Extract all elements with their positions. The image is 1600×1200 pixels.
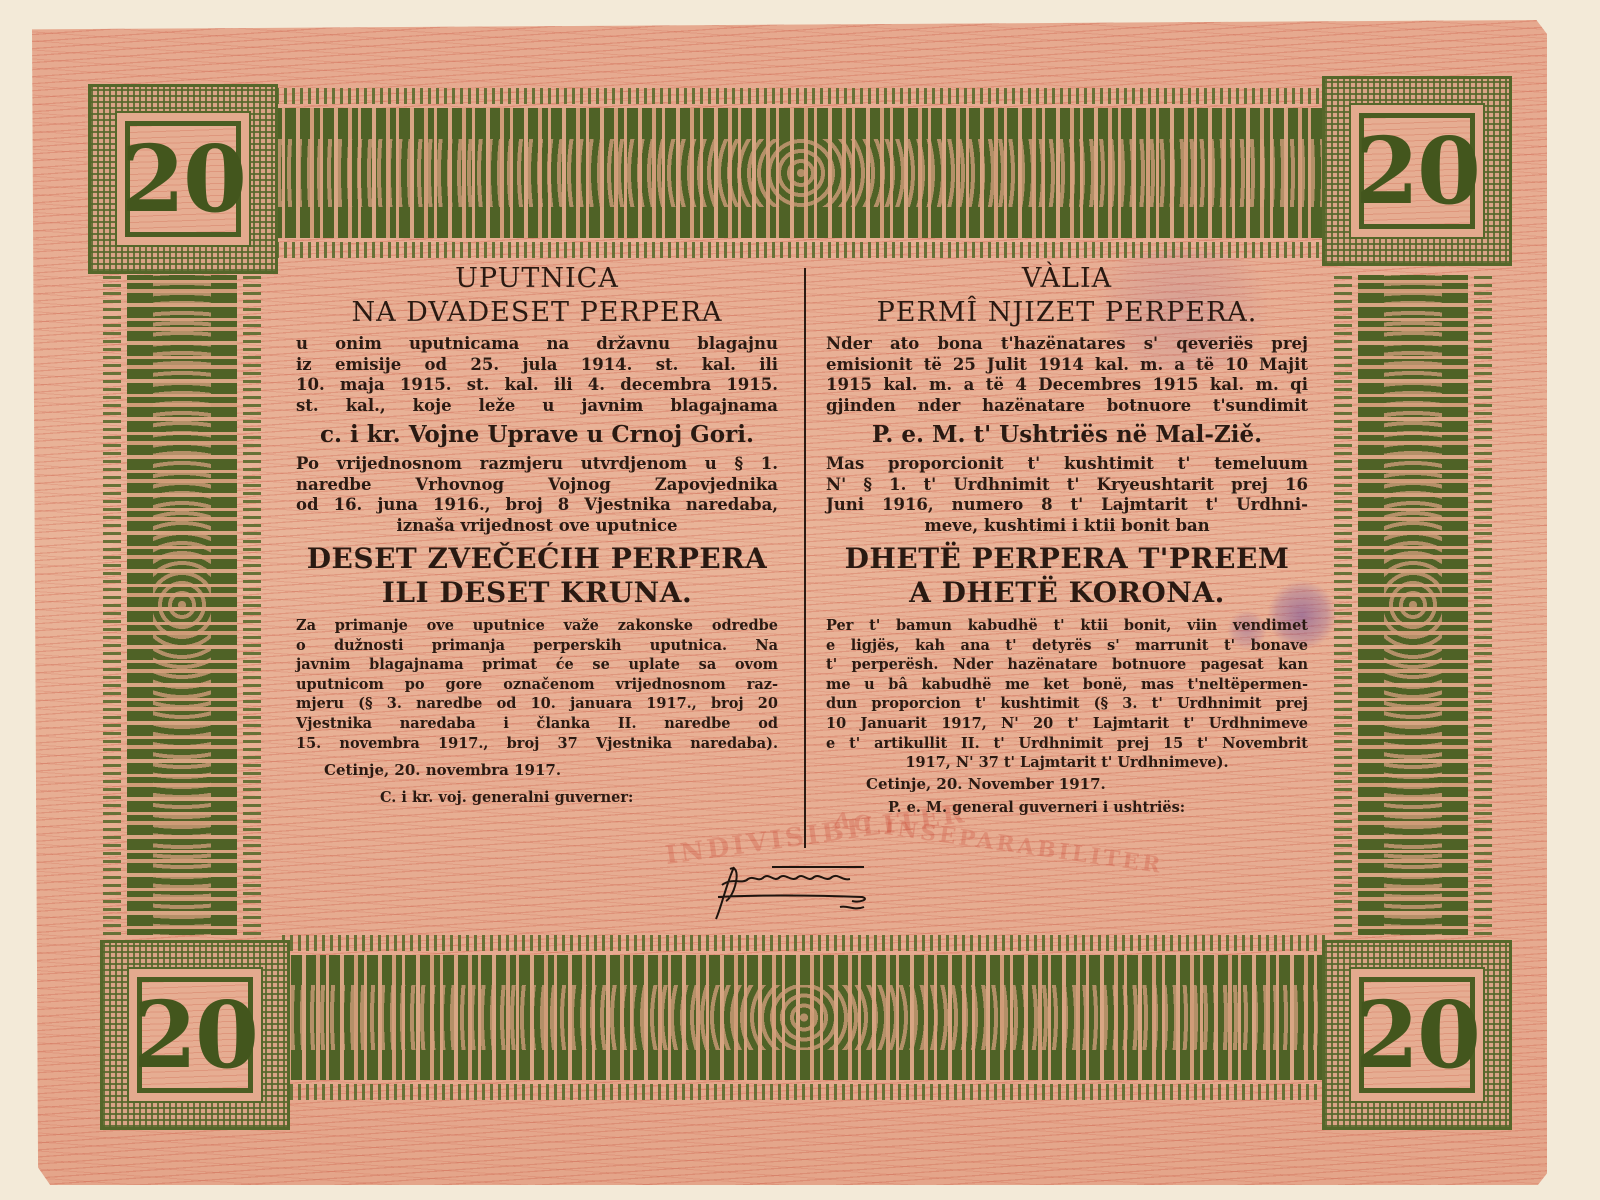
left-para3-line: 15. novembra 1917., broj 37 Vjestnika na… [296,734,778,754]
right-title-line2: PERMÎ NJIZET PERPERA. [826,296,1308,330]
right-para3-line: Per t' bamun kabudhë t' ktii bonit, viin… [826,616,1308,636]
denomination-numeral: 20 [1355,125,1479,217]
right-para3-line: dun proporcion t' kushtimit (§ 3. t' Urd… [826,694,1308,714]
left-para2-line: od 16. juna 1916., broj 8 Vjestnika nare… [296,495,778,516]
right-para2-line: Mas proporcionit t' kushtimit t' temeluu… [826,454,1308,475]
left-ornament-band [127,275,237,935]
right-para3-line: 1917, N' 37 t' Lajmtarit t' Urdhnimeve). [826,753,1308,773]
left-place-date: Cetinje, 20. novembra 1917. [296,761,778,779]
column-divider [804,268,806,848]
underprint-right: AC INSEPARABILITER [832,807,1165,879]
denomination-numeral: 20 [133,989,257,1081]
serbian-text-column: UPUTNICA NA DVADESET PERPERA u onim uput… [296,262,778,806]
top-ornament-band [276,108,1326,238]
left-signatory-title: C. i kr. voj. generalni guverner: [296,789,778,806]
left-para3-line: o dužnosti primanja perperskih uputnica.… [296,636,778,656]
right-para3-line: e ligjës, kah ana t' detyrës s' marrunit… [826,636,1308,656]
denomination-numeral: 20 [1355,989,1479,1081]
right-para3-line: t' perperësh. Nder hazënatare botnuore p… [826,655,1308,675]
left-para2-line: Po vrijednosnom razmjeru utvrdjenom u § … [296,454,778,475]
right-para3-line: 10 Januarit 1917, N' 20 t' Lajmtarit t' … [826,714,1308,734]
governor-signature [712,855,872,925]
right-place-date: Cetinje, 20. November 1917. [826,775,1308,793]
corner-top-left: 20 [88,84,278,274]
corner-bottom-right: 20 [1322,940,1512,1130]
right-para2-line: meve, kushtimi i ktii bonit ban [826,516,1308,537]
left-title-line2: NA DVADESET PERPERA [296,296,778,330]
right-para1-line: Nder ato bona t'hazënatares s' qeveriës … [826,334,1308,355]
right-para3-line: me u bâ kabudhë me ket bonë, mas t'neltë… [826,675,1308,695]
right-title-line1: VÀLIA [826,262,1308,296]
left-value-line2: ILI DESET KRUNA. [296,576,778,610]
corner-bottom-left: 20 [100,940,290,1130]
right-ornament-band [1358,275,1468,935]
left-para3-line: uputnicom po gore označenom vrijednosnom… [296,675,778,695]
left-para2-line: naredbe Vrhovnog Vojnog Zapovjednika [296,475,778,496]
left-authority: c. i kr. Vojne Uprave u Crnoj Gori. [296,420,778,450]
left-para1-line: iz emisije od 25. jula 1914. st. kal. il… [296,355,778,376]
denomination-numeral: 20 [121,133,245,225]
left-title-line1: UPUTNICA [296,262,778,296]
left-value-line1: DESET ZVEČEĆIH PERPERA [296,542,778,576]
albanian-text-column: VÀLIA PERMÎ NJIZET PERPERA. Nder ato bon… [826,262,1308,816]
corner-top-right: 20 [1322,76,1512,266]
left-para3-line: mjeru (§ 3. naredbe od 10. januara 1917.… [296,694,778,714]
right-para2-line: Juni 1916, numero 8 t' Lajmtarit t' Urdh… [826,495,1308,516]
right-para1-line: gjinden nder hazënatare botnuore t'sundi… [826,396,1308,417]
right-value-line1: DHETË PERPERA T'PREEM [826,542,1308,576]
right-value-line2: A DHETË KORONA. [826,576,1308,610]
left-para1-line: u onim uputnicama na državnu blagajnu [296,334,778,355]
right-para3-line: e t' artikullit II. t' Urdhnimit prej 15… [826,734,1308,754]
left-para3-line: javnim blagajnama primat će se uplate sa… [296,655,778,675]
right-authority: P. e. M. t' Ushtriës në Mal-Ziě. [826,420,1308,450]
left-para3-line: Vjestnika naredaba i članka II. naredbe … [296,714,778,734]
right-para1-line: 1915 kal. m. a të 4 Decembres 1915 kal. … [826,375,1308,396]
left-para1-line: 10. maja 1915. st. kal. ili 4. decembra … [296,375,778,396]
bottom-ornament-band [282,955,1326,1080]
left-para3-line: Za primanje ove uputnice važe zakonske o… [296,616,778,636]
left-para2-line: iznaša vrijednost ove uputnice [296,516,778,537]
right-para2-line: N' § 1. t' Urdhnimit t' Kryeushtarit pre… [826,475,1308,496]
right-signatory-title: P. e. M. general guverneri i ushtriës: [826,799,1308,816]
banknote: INDIVISIBILITER AC INSEPARABILITER 20 20… [32,20,1547,1185]
left-para1-line: st. kal., koje leže u javnim blagajnama [296,396,778,417]
right-para1-line: emisionit të 25 Julit 1914 kal. m. a të … [826,355,1308,376]
